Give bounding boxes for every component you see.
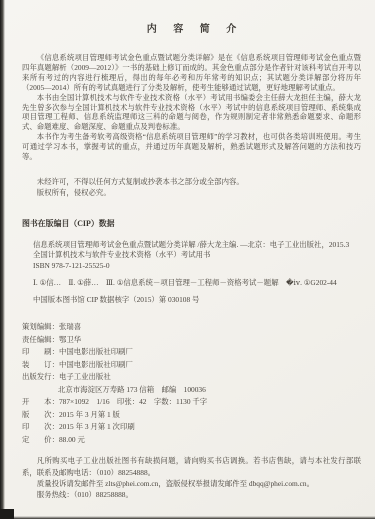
intro-paragraph: 本书作为考生备考软考高级资格“信息系统项目管理师”的学习教材，也可供各类培训班使…	[22, 132, 361, 162]
cip-header: 图书在版编目（CIP）数据	[22, 218, 361, 229]
row-value: 中国电影出版社印刷厂	[59, 359, 361, 372]
row-value: 88.00 元	[59, 434, 361, 447]
cip-isbn: ISBN 978-7-121-25525-0	[33, 261, 361, 271]
purchase-notes: 凡所购买电子工业出版社图书有缺损问题，请向购买书店调换。若书店售缺，请与本社发行…	[22, 455, 361, 501]
cip-line: 全国计算机技术与软件专业技术资格（水平）考试用书	[33, 250, 361, 260]
row-label: 责任编辑：	[22, 334, 59, 347]
row-label: 版 次：	[22, 409, 59, 422]
publishing-row: 印 次： 2015 年 3 月第 1 次印刷	[22, 421, 361, 434]
scan-corner-mark	[0, 509, 14, 519]
publishing-row: 印 刷： 中国电影出版社印刷厂	[22, 346, 361, 359]
row-label: 印 次：	[22, 421, 59, 434]
publishing-row: 北京市海淀区万寿路 173 信箱 邮编 100036	[22, 384, 361, 397]
copyright-line: 未经许可，不得以任何方式复制或抄袭本书之部分或全部内容。	[22, 176, 361, 187]
book-copyright-page: 内 容 简 介 《信息系统项目管理师考试金色重点暨试题分类详解》是在《信息系统项…	[0, 0, 375, 519]
cip-data-block: 信息系统项目管理师考试金色重点暨试题分类详解 /薛大龙主编. —北京：电子工业出…	[22, 240, 361, 271]
row-value: 电子工业出版社	[59, 371, 361, 384]
row-label: 定 价：	[22, 434, 59, 447]
row-value: 北京市海淀区万寿路 173 信箱 邮编 100036	[58, 384, 361, 397]
cip-line: 信息系统项目管理师考试金色重点暨试题分类详解 /薛大龙主编. —北京：电子工业出…	[33, 240, 361, 250]
intro-paragraph: 《信息系统项目管理师考试金色重点暨试题分类详解》是在《信息系统项目管理师考试金色…	[22, 53, 361, 93]
row-value: 2015 年 3 月第 1 次印刷	[59, 421, 361, 434]
cip-classification: Ⅰ. ①信… Ⅱ. ①薛… Ⅲ. ①信息系统－项目管理－工程师－资格考试－题解 …	[22, 278, 361, 288]
copyright-notice: 未经许可，不得以任何方式复制或抄袭本书之部分或全部内容。 版权所有，侵权必究。	[22, 176, 361, 198]
copyright-line: 版权所有，侵权必究。	[22, 187, 361, 198]
intro-paragraph: 本书由全国计算机技术与软件专业技术资格（水平）考试用书编委会主任薛大龙担任主编，…	[22, 93, 361, 133]
publishing-row: 版 次： 2015 年 3 月第 1 版	[22, 409, 361, 422]
scan-edge-left	[0, 0, 5, 519]
publishing-row: 开 本： 787×1092 1/16 印张：42 字数：1130 千字	[22, 396, 361, 409]
note-line: 服务热线：（010）88258888。	[22, 489, 361, 500]
publishing-info: 策划编辑： 张瑞喜 责任编辑： 鄂卫华 印 刷： 中国电影出版社印刷厂 装 订：…	[22, 321, 361, 446]
page-title: 内 容 简 介	[22, 20, 361, 35]
publishing-row: 定 价： 88.00 元	[22, 434, 361, 447]
note-line: 质量投诉请发邮件至 zlts@phei.com.cn，盗版侵权举报请发邮件至 d…	[22, 478, 361, 489]
row-label	[22, 384, 58, 397]
row-label: 策划编辑：	[22, 321, 59, 334]
row-label: 装 订：	[22, 359, 59, 372]
publishing-row: 责任编辑： 鄂卫华	[22, 334, 361, 347]
cip-record-number: 中国版本图书馆 CIP 数据核字（2015）第 030108 号	[22, 295, 361, 305]
row-value: 鄂卫华	[59, 334, 361, 347]
row-label: 出版发行：	[22, 371, 59, 384]
row-label: 开 本：	[22, 396, 59, 409]
publishing-row: 出版发行： 电子工业出版社	[22, 371, 361, 384]
page-content: 内 容 简 介 《信息系统项目管理师考试金色重点暨试题分类详解》是在《信息系统项…	[22, 20, 361, 513]
row-value: 2015 年 3 月第 1 版	[59, 409, 361, 422]
row-value: 中国电影出版社印刷厂	[59, 346, 361, 359]
row-value: 张瑞喜	[59, 321, 361, 334]
row-value: 787×1092 1/16 印张：42 字数：1130 千字	[59, 396, 361, 409]
row-label: 印 刷：	[22, 346, 59, 359]
note-line: 凡所购买电子工业出版社图书有缺损问题，请向购买书店调换。若书店售缺，请与本社发行…	[22, 455, 361, 478]
publishing-row: 策划编辑： 张瑞喜	[22, 321, 361, 334]
publishing-row: 装 订： 中国电影出版社印刷厂	[22, 359, 361, 372]
